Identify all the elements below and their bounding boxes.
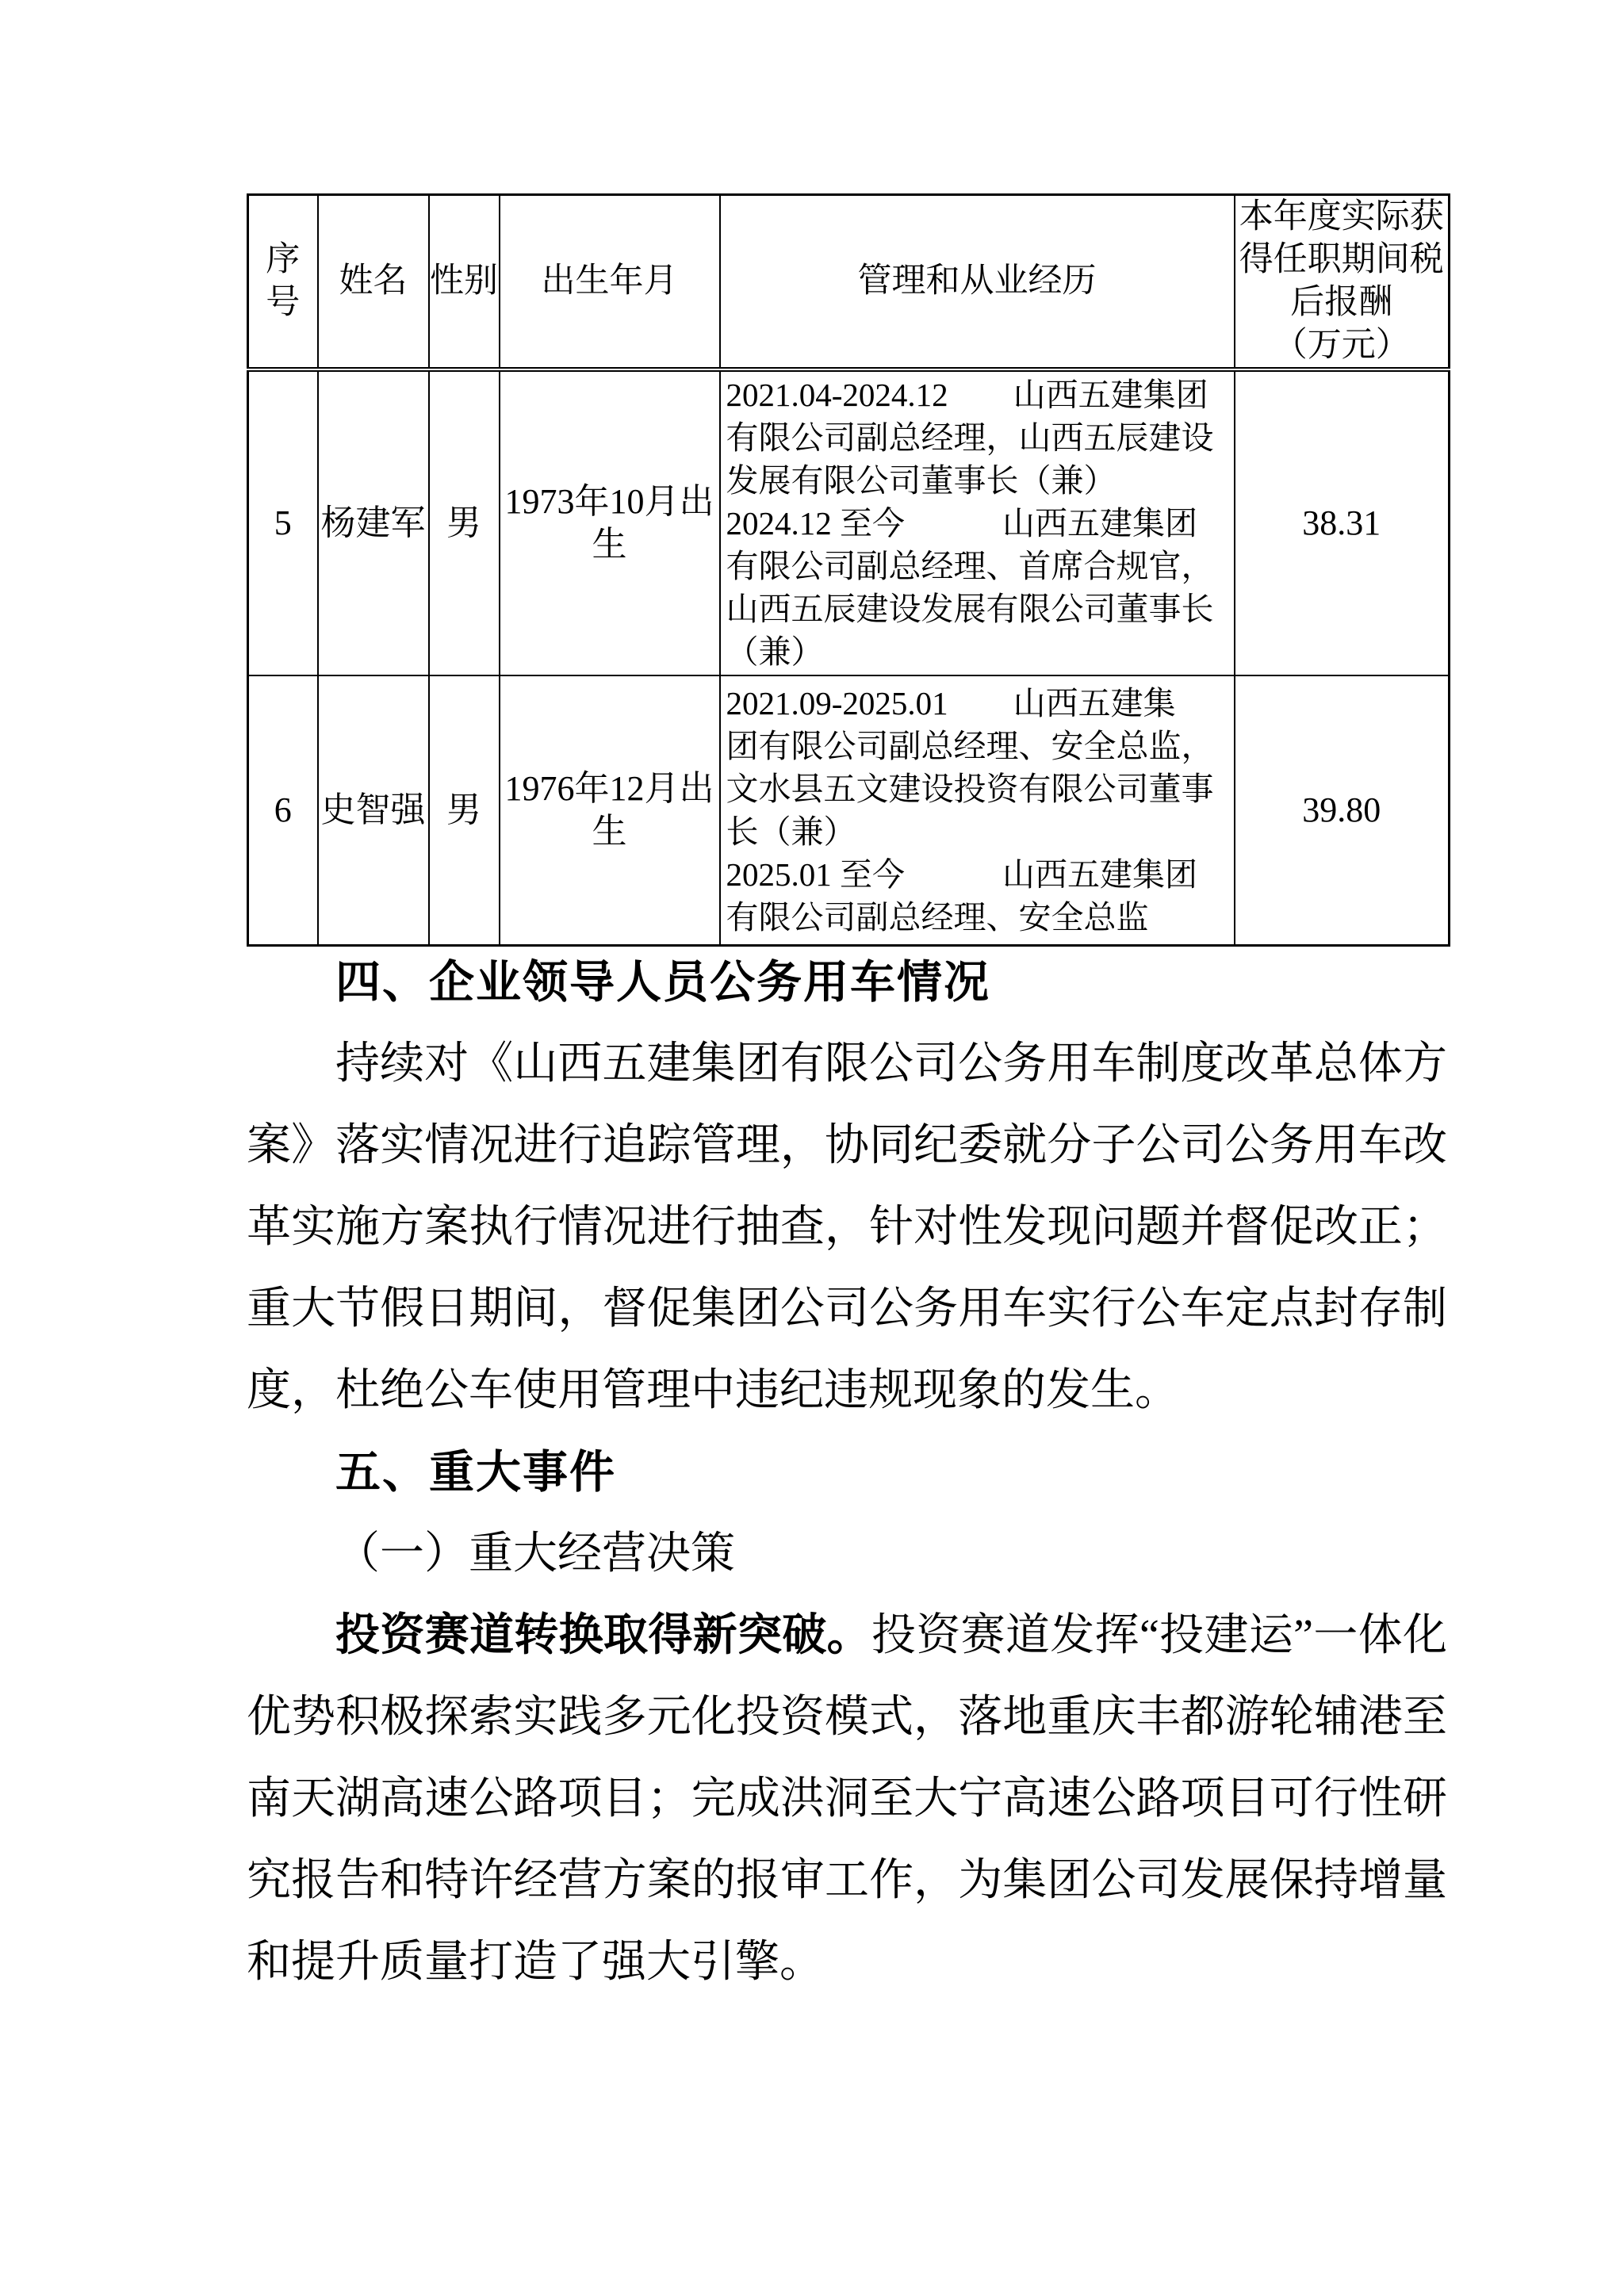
executives-table: 序号 姓名 性别 出生年月 管理和从业经历 本年度实际获 得任职期间税 后报酬 … <box>247 193 1450 947</box>
cell-name: 史智强 <box>318 675 429 946</box>
paragraph-investment-lead: 投资赛道转换取得新突破。 <box>335 1611 871 1660</box>
cell-gender: 男 <box>429 369 500 675</box>
table-row: 5 杨建军 男 1973年10月出 生 2021.04-2024.12 山西五建… <box>248 369 1450 675</box>
header-gender: 性别 <box>429 195 500 370</box>
document-page: 序号 姓名 性别 出生年月 管理和从业经历 本年度实际获 得任职期间税 后报酬 … <box>0 0 1624 2296</box>
cell-pay: 39.80 <box>1235 675 1450 946</box>
table-row: 6 史智强 男 1976年12月出 生 2021.09-2025.01 山西五建… <box>248 675 1450 946</box>
header-name: 姓名 <box>318 195 429 370</box>
cell-name: 杨建军 <box>318 369 429 675</box>
section-heading-vehicle: 四、企业领导人员公务用车情况 <box>247 942 1447 1024</box>
section-heading-major-events: 五、重大事件 <box>247 1432 1447 1513</box>
header-no: 序号 <box>248 195 318 370</box>
subsection-heading-decisions: （一）重大经营决策 <box>247 1513 1447 1595</box>
cell-birth: 1973年10月出 生 <box>500 369 720 675</box>
paragraph-investment: 投资赛道转换取得新突破。投资赛道发挥“投建运”一体化优势积极探索实践多元化投资模… <box>247 1595 1447 2003</box>
header-pay: 本年度实际获 得任职期间税 后报酬 （万元） <box>1235 195 1450 370</box>
cell-no: 5 <box>248 369 318 675</box>
paragraph-vehicle: 持续对《山西五建集团有限公司公务用车制度改革总体方案》落实情况进行追踪管理，协同… <box>247 1024 1447 1432</box>
cell-birth: 1976年12月出 生 <box>500 675 720 946</box>
cell-experience: 2021.04-2024.12 山西五建集团 有限公司副总经理，山西五辰建设 发… <box>720 369 1235 675</box>
cell-no: 6 <box>248 675 318 946</box>
paragraph-investment-rest: 投资赛道发挥“投建运”一体化优势积极探索实践多元化投资模式，落地重庆丰都游轮辅港… <box>247 1611 1447 1987</box>
cell-pay: 38.31 <box>1235 369 1450 675</box>
header-experience: 管理和从业经历 <box>720 195 1235 370</box>
cell-gender: 男 <box>429 675 500 946</box>
header-birth: 出生年月 <box>500 195 720 370</box>
document-body: 四、企业领导人员公务用车情况 持续对《山西五建集团有限公司公务用车制度改革总体方… <box>247 942 1447 2003</box>
cell-experience: 2021.09-2025.01 山西五建集 团有限公司副总经理、安全总监， 文水… <box>720 675 1235 946</box>
table-header-row: 序号 姓名 性别 出生年月 管理和从业经历 本年度实际获 得任职期间税 后报酬 … <box>248 195 1450 370</box>
